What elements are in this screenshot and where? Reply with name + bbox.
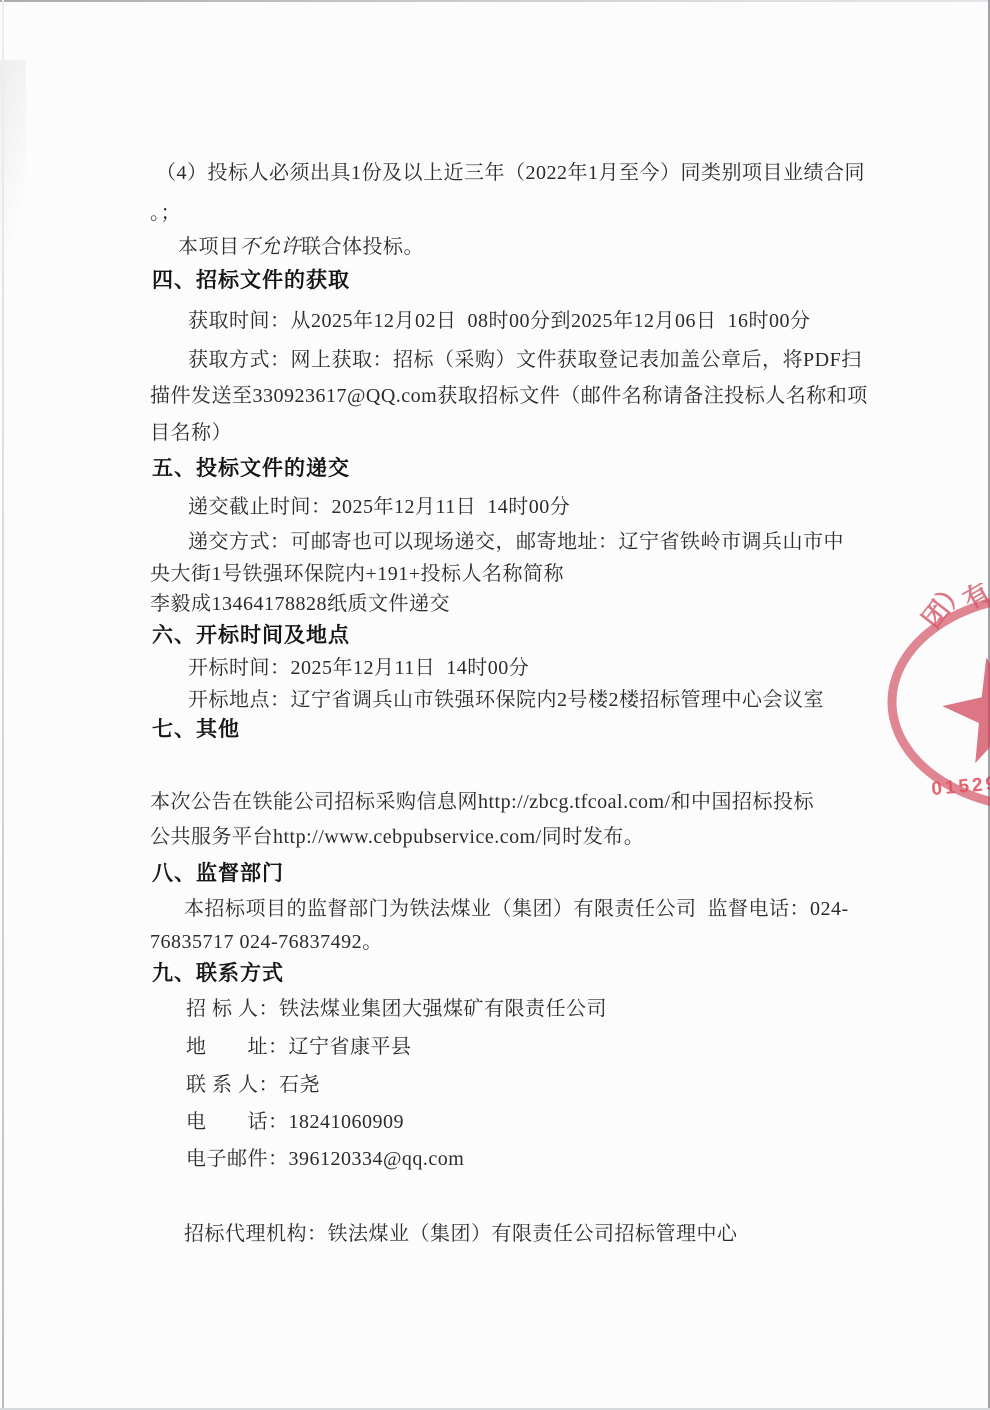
red-seal-graphic: 团） 有 01529 (878, 583, 990, 833)
tenderer-line: 招 标 人：铁法煤业集团大强煤矿有限责任公司 (186, 996, 607, 1022)
contact-person-value: 石尧 (279, 1074, 320, 1096)
email-label: 电子邮件： (186, 1148, 289, 1170)
section9-heading: 九、联系方式 (152, 961, 284, 987)
submit-method-line1: 递交方式：可邮寄也可以现场递交，邮寄地址：辽宁省铁岭市调兵山市中 (188, 529, 844, 555)
address-value: 辽宁省康平县 (289, 1036, 412, 1058)
obtain-time-line: 获取时间：从2025年12月02日 08时00分到2025年12月06日 16时… (188, 308, 811, 334)
scanned-document-page: （4）投标人必须出具1份及以上近三年（2022年1月至今）同类别项目业绩合同 。… (0, 0, 990, 1410)
announcement-line1: 本次公告在铁能公司招标采购信息网http://zbcg.tfcoal.com/和… (150, 789, 814, 815)
address-line: 地 址：辽宁省康平县 (186, 1034, 412, 1060)
seal-star-icon (934, 646, 990, 767)
section7-heading: 七、其他 (152, 717, 240, 743)
opening-place-line: 开标地点：辽宁省调兵山市铁强环保院内2号楼2楼招标管理中心会议室 (188, 687, 824, 713)
scan-edge-left (2, 0, 4, 1410)
section5-heading: 五、投标文件的递交 (152, 456, 350, 482)
supervision-line1: 本招标项目的监督部门为铁法煤业（集团）有限责任公司 监督电话：024- (184, 896, 849, 922)
opening-time-line: 开标时间：2025年12月11日 14时00分 (188, 655, 529, 681)
submit-deadline-line: 递交截止时间：2025年12月11日 14时00分 (188, 494, 570, 520)
obtain-method-line2: 描件发送至330923617@QQ.com获取招标文件（邮件名称请备注投标人名称… (150, 383, 868, 409)
joint-venture-line: 本项目不允许联合体投标。 (178, 233, 424, 260)
scan-edge-top (0, 0, 990, 2)
section8-heading: 八、监督部门 (152, 861, 284, 887)
contact-person-line: 联 系 人：石尧 (186, 1072, 320, 1098)
clause4-line1: （4）投标人必须出具1份及以上近三年（2022年1月至今）同类别项目业绩合同 (156, 160, 865, 186)
tenderer-label: 招 标 人： (186, 998, 279, 1020)
submit-method-line2: 央大街1号铁强环保院内+191+投标人名称简称 (150, 561, 564, 587)
clause4-line2: 。； (150, 200, 181, 226)
agency-line: 招标代理机构：铁法煤业（集团）有限责任公司招标管理中心 (184, 1221, 738, 1247)
section6-heading: 六、开标时间及地点 (152, 623, 350, 649)
obtain-method-line3: 目名称） (150, 420, 232, 446)
submit-method-line3: 李毅成13464178828纸质文件递交 (150, 591, 450, 617)
announcement-line2: 公共服务平台http://www.cebpubservice.com/同时发布。 (150, 824, 644, 850)
joint-venture-pre: 本项目 (178, 236, 240, 258)
address-label: 地 址： (186, 1036, 289, 1058)
joint-venture-not-allowed: 不允许 (240, 234, 302, 258)
supervision-line2: 76835717 024-76837492。 (150, 929, 383, 955)
joint-venture-post: 联合体投标。 (301, 236, 424, 258)
obtain-method-line1: 获取方式：网上获取：招标（采购）文件获取登记表加盖公章后，将PDF扫 (188, 347, 862, 373)
phone-line: 电 话：18241060909 (186, 1109, 404, 1135)
phone-label: 电 话： (186, 1111, 289, 1133)
scan-corner-shadow (0, 60, 26, 300)
email-line: 电子邮件：396120334@qq.com (186, 1146, 464, 1172)
contact-person-label: 联 系 人： (186, 1074, 279, 1096)
red-seal-stamp: 团） 有 01529 (878, 583, 990, 833)
phone-value: 18241060909 (289, 1111, 405, 1133)
email-value: 396120334@qq.com (289, 1148, 465, 1170)
section4-heading: 四、招标文件的获取 (152, 268, 350, 294)
tenderer-value: 铁法煤业集团大强煤矿有限责任公司 (279, 998, 607, 1020)
